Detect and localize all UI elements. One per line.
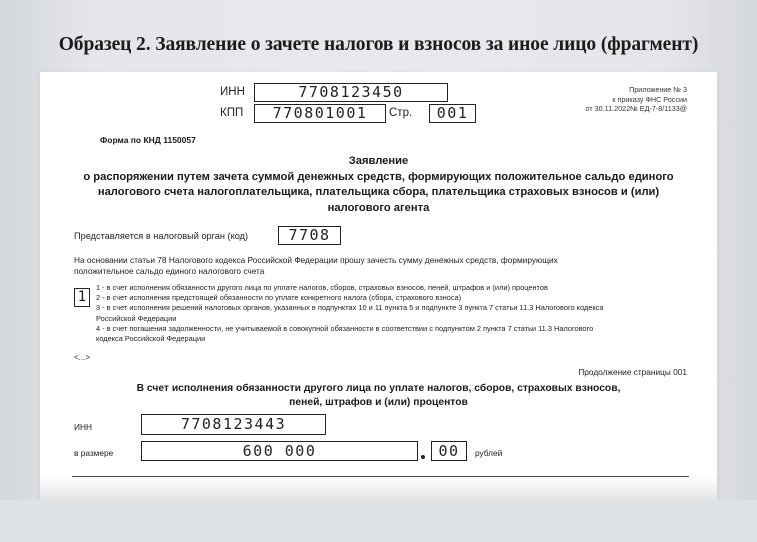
document-caption: Образец 2. Заявление о зачете налогов и … — [0, 34, 757, 56]
other-inn-label: ИНН — [74, 422, 92, 432]
section-title-line: пеней, штрафов и (или) процентов — [40, 396, 717, 410]
option-1: 1 - в счет исполнения обязанности другог… — [96, 283, 701, 293]
continuation-note: Продолжение страницы 001 — [578, 367, 687, 377]
amount-rubles-field[interactable]: 600 000 — [141, 441, 418, 461]
basis-text: На основании статьи 78 Налогового кодекс… — [74, 255, 558, 277]
tax-authority-code-field[interactable]: 7708 — [278, 226, 341, 245]
form-page: ИНН 7708123450 КПП 770801001 Стр. 001 Пр… — [40, 72, 717, 500]
appendix-line: от 30.11.2022№ ЕД-7-8/1133@ — [586, 104, 687, 114]
kpp-label: КПП — [220, 107, 243, 119]
option-4: 4 - в счет погашения задолженности, не у… — [96, 324, 701, 334]
background-band — [0, 500, 757, 542]
decimal-point — [421, 455, 425, 459]
basis-line: На основании статьи 78 Налогового кодекс… — [74, 255, 558, 266]
basis-line: положительное сальдо единого налогового … — [74, 266, 558, 277]
kpp-field[interactable]: 770801001 — [254, 104, 386, 123]
choice-code-field[interactable]: 1 — [74, 288, 90, 307]
option-2: 2 - в счет исполнения предстоящей обязан… — [96, 293, 701, 303]
appendix-line: к приказу ФНС России — [586, 95, 687, 105]
appendix-note: Приложение № 3 к приказу ФНС России от 3… — [586, 85, 687, 114]
form-title: Заявление о распоряжении путем зачета су… — [40, 154, 717, 216]
appendix-line: Приложение № 3 — [586, 85, 687, 95]
option-3-cont: Российской Федерации — [96, 314, 701, 324]
inn-label: ИНН — [220, 86, 245, 98]
page-number-field[interactable]: 001 — [429, 104, 476, 123]
currency-label: рублей — [475, 448, 502, 458]
choice-options: 1 - в счет исполнения обязанности другог… — [96, 283, 701, 344]
amount-label: в размере — [74, 448, 113, 458]
amount-kopecks-field[interactable]: 00 — [431, 441, 467, 461]
divider — [72, 476, 689, 477]
option-4-cont: кодекса Российской Федерации — [96, 334, 701, 344]
section-title-line: В счет исполнения обязанности другого ли… — [40, 382, 717, 396]
title-line: налогового счета налогоплательщика, плат… — [40, 185, 717, 201]
inn-field[interactable]: 7708123450 — [254, 83, 448, 102]
section-title: В счет исполнения обязанности другого ли… — [40, 382, 717, 409]
omission-marker: <...> — [74, 353, 90, 362]
other-inn-field[interactable]: 7708123443 — [141, 414, 326, 435]
form-code: Форма по КНД 1150057 — [100, 135, 196, 145]
title-line: о распоряжении путем зачета суммой денеж… — [40, 170, 717, 186]
page-label: Стр. — [389, 107, 412, 119]
option-3: 3 - в счет исполнения решений налоговых … — [96, 303, 701, 313]
title-heading: Заявление — [40, 154, 717, 170]
title-line: налогового агента — [40, 201, 717, 217]
tax-authority-label: Представляется в налоговый орган (код) — [74, 231, 248, 241]
